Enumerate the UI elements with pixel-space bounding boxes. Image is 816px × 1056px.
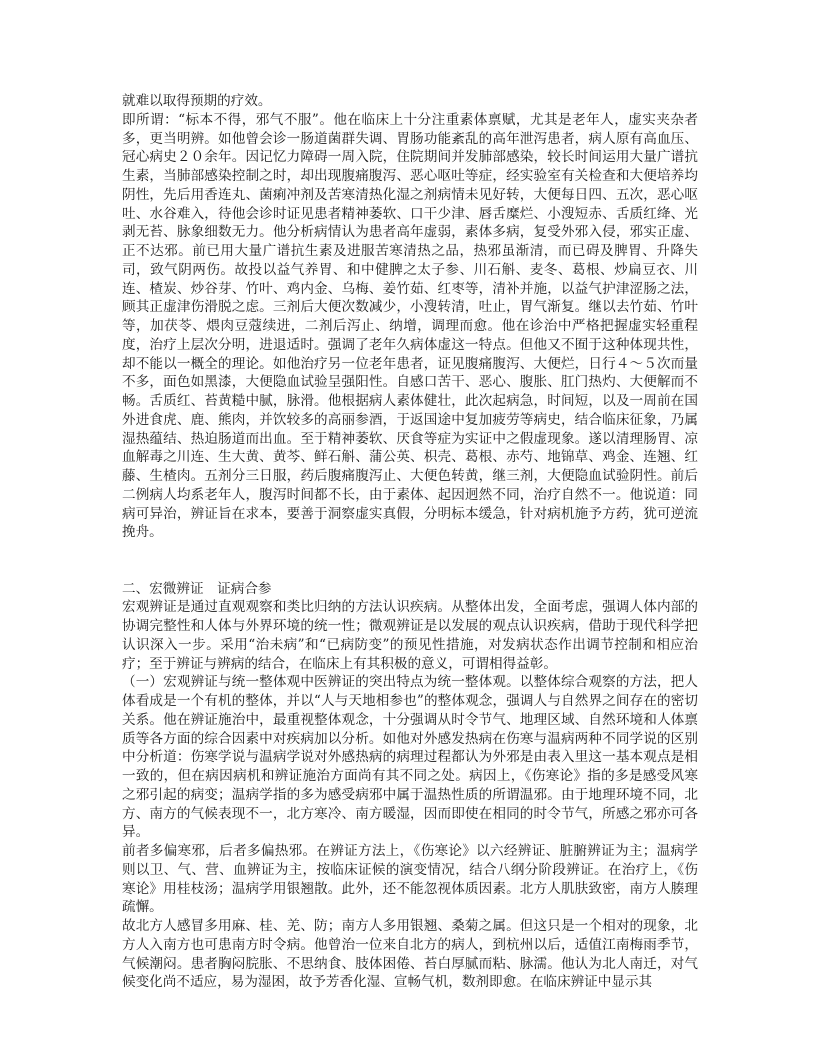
paragraph-macro-micro-intro: 宏观辨证是通过直观观察和类比归纳的方法认识疾病。从整体出发，全面考虑，强调人体内… [122, 598, 698, 673]
paragraph-case-discussion: 即所谓：“标本不得，邪气不服”。他在临床上十分注重素体禀赋，尤其是老年人，虚实夹… [122, 111, 698, 542]
document-page: 就难以取得预期的疗效。 即所谓：“标本不得，邪气不服”。他在临床上十分注重素体禀… [122, 92, 698, 992]
paragraph-holistic-view: （一）宏观辨证与统一整体观中医辨证的突出特点为统一整体观。以整体综合观察的方法，… [122, 673, 698, 842]
section-heading: 二、宏微辨证 证病合参 [122, 580, 698, 599]
paragraph-continuation: 就难以取得预期的疗效。 [122, 92, 698, 111]
paragraph-north-south: 故北方人感冒多用麻、桂、羌、防；南方人多用银翘、桑菊之属。但这只是一个相对的现象… [122, 917, 698, 992]
blank-spacer [122, 542, 698, 580]
paragraph-cold-heat: 前者多偏寒邪，后者多偏热邪。在辨证方法上，《伤寒论》以六经辨证、脏腑辨证为主；温… [122, 842, 698, 917]
